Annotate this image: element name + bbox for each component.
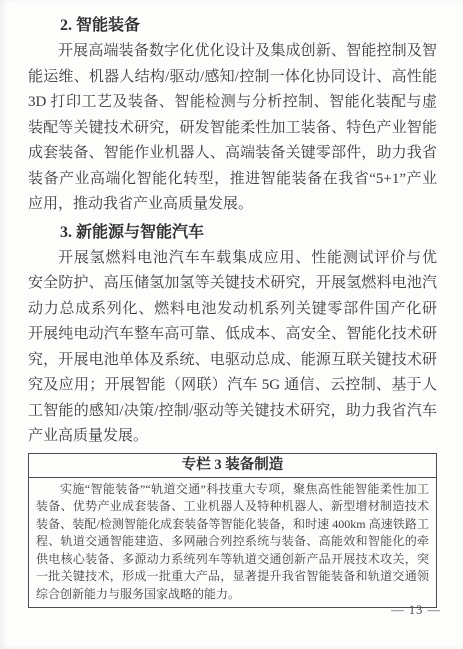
document-page: 2. 智能装备开展高端装备数字化优化设计及集成创新、智能控制及智能运维、机器人结…: [0, 0, 463, 649]
text-line: 综合创新能力与服务国家战略的能力。: [36, 586, 429, 604]
paragraph: 开展高端装备数字化优化设计及集成创新、智能控制及智能运维、机器人结构/驱动/感知…: [28, 39, 437, 218]
section-heading: 3. 新能源与智能汽车: [28, 219, 437, 246]
text-line: 产业高质量发展。: [28, 424, 437, 450]
text-line: 装备、优势产业成套装备、工业机器人及特种机器人、新型增材制造技术及: [36, 498, 429, 516]
column-box-title: 专栏 3 装备制造: [29, 454, 436, 478]
text-line: 装备产业高端化智能化转型，推进智能装备在我省“5+1”产业: [28, 167, 437, 193]
text-line: 工智能的感知/决策/控制/驱动等关键技术研究，助力我省汽车: [28, 399, 437, 425]
text-line: 究及应用；开展智能（网联）汽车 5G 通信、云控制、基于人: [28, 373, 437, 399]
text-line: 装配等关键技术研究，研发智能柔性加工装备、特色产业智能: [28, 116, 437, 142]
text-line: 实施“智能装备”“轨道交通”科技重大专项，聚焦高性能智能柔性加工: [36, 481, 429, 499]
document-body: 2. 智能装备开展高端装备数字化优化设计及集成创新、智能控制及智能运维、机器人结…: [28, 12, 437, 608]
section-heading: 2. 智能装备: [28, 12, 437, 39]
text-line: 一批关键技术，形成一批重大产品，显著提升我省智能装备和轨道交通领域: [36, 568, 429, 586]
paragraph: 开展氢燃料电池汽车车载集成应用、性能测试评价与优化、安全防护、高压储氢加氢等关键…: [28, 246, 437, 450]
text-line: 动力总成系列化、燃料电池发动机系列关键零部件国产化研制；: [28, 297, 437, 323]
text-line: 成套装备、智能作业机器人、高端装备关键零部件，助力我省: [28, 141, 437, 167]
page-number: — 13 —: [391, 603, 441, 618]
feature-column-box: 专栏 3 装备制造实施“智能装备”“轨道交通”科技重大专项，聚焦高性能智能柔性加…: [28, 453, 437, 609]
text-line: 开展高端装备数字化优化设计及集成创新、智能控制及智: [28, 39, 437, 65]
text-line: 供电核心装备、多源动力系统列车等轨道交通创新产品开展技术攻关，突破: [36, 551, 429, 569]
text-line: 开展氢燃料电池汽车车载集成应用、性能测试评价与优化、: [28, 246, 437, 272]
text-line: 能运维、机器人结构/驱动/感知/控制一体化协同设计、高性能: [28, 65, 437, 91]
column-box-body: 实施“智能装备”“轨道交通”科技重大专项，聚焦高性能智能柔性加工装备、优势产业成…: [29, 478, 436, 608]
text-line: 应用，推动我省产业高质量发展。: [28, 192, 437, 218]
text-line: 程、轨道交通智能建造、多网融合列控系统与装备、高能效和智能化的牵引: [36, 533, 429, 551]
text-line: 究，开展电池单体及系统、电驱动总成、能源互联关键技术研: [28, 348, 437, 374]
text-line: 安全防护、高压储氢加氢等关键技术研究，开展氢燃料电池汽: [28, 271, 437, 297]
text-line: 开展纯电动汽车整车高可靠、低成本、高安全、智能化技术研: [28, 322, 437, 348]
text-line: 3D 打印工艺及装备、智能检测与分析控制、智能化装配与虚拟: [28, 90, 437, 116]
text-line: 装备、装配/检测智能化成套装备等智能化装备，和时速 400km 高速铁路工: [36, 516, 429, 534]
